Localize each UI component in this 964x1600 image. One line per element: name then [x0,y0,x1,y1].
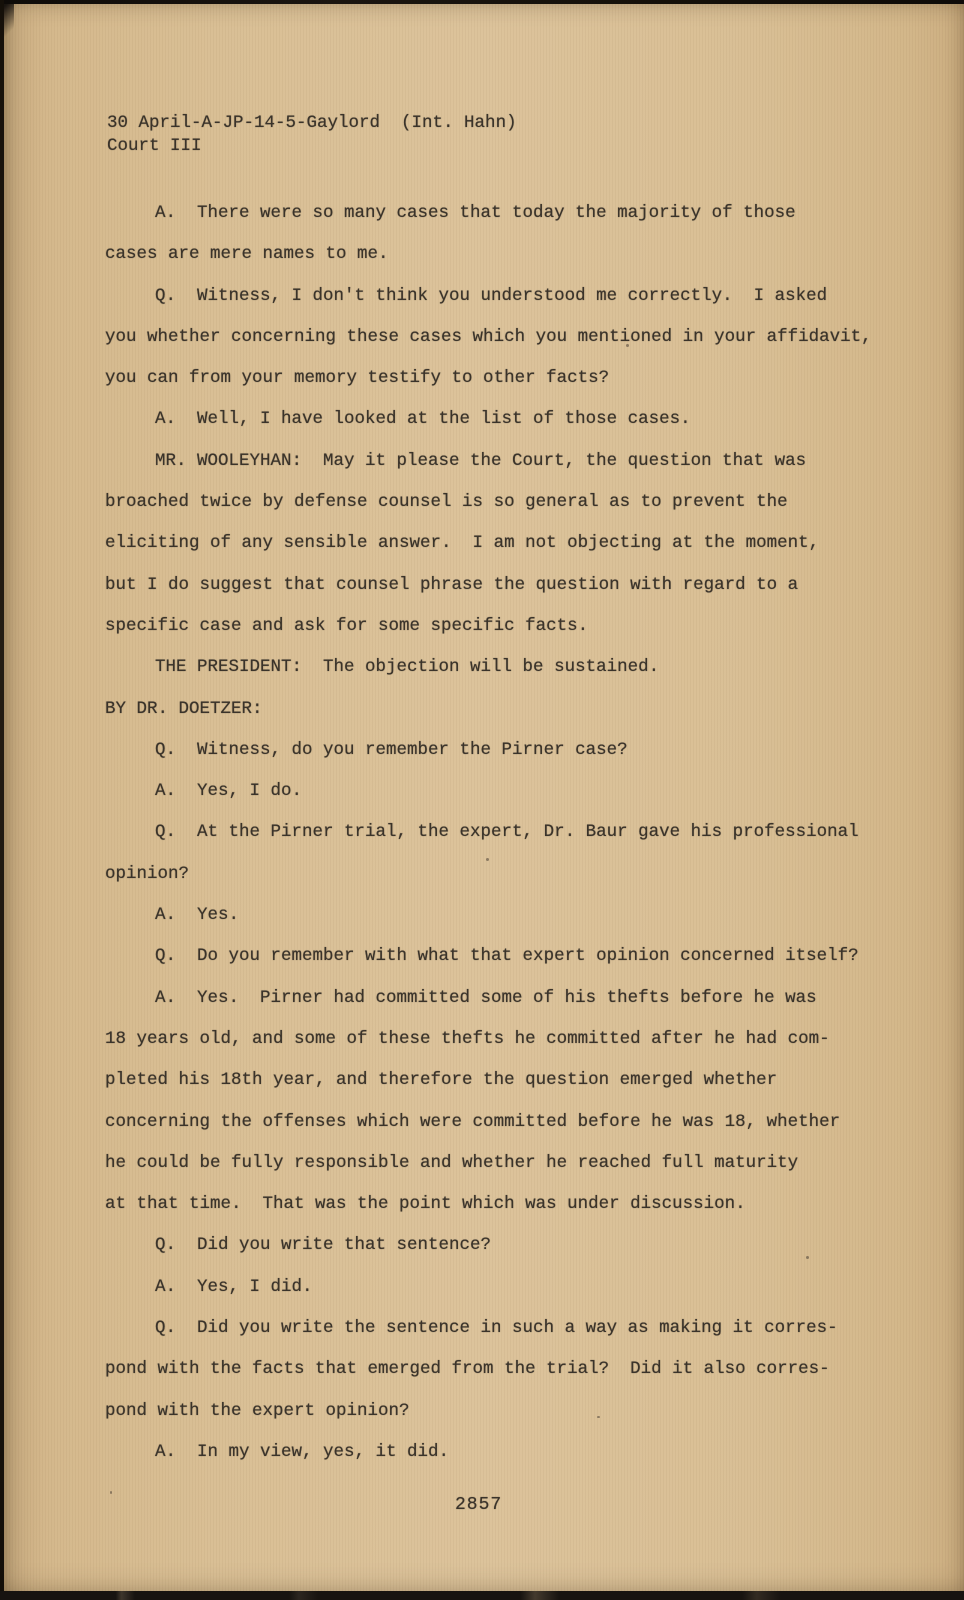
scan-speck [806,1256,809,1259]
transcript-line: opinion? [105,854,915,895]
transcript-line: at that time. That was the point which w… [105,1184,915,1225]
transcript-line: Q. At the Pirner trial, the expert, Dr. … [105,812,915,853]
transcript-line: pond with the expert opinion? [105,1391,915,1432]
page-edge-left [0,0,4,1600]
page-header: 30 April-A-JP-14-5-Gaylord (Int. Hahn)Co… [107,112,517,158]
page-edge-top [0,0,964,4]
scan-speck [597,1416,600,1418]
transcript-line: cases are mere names to me. [105,234,915,275]
transcript-line: Q. Do you remember with what that expert… [105,936,915,977]
transcript-line: pond with the facts that emerged from th… [105,1349,915,1390]
transcript-line: A. Well, I have looked at the list of th… [105,399,915,440]
transcript-line: concerning the offenses which were commi… [105,1102,915,1143]
transcript-line: Q. Witness, I don't think you understood… [105,276,915,317]
transcript-line: he could be fully responsible and whethe… [105,1143,915,1184]
scan-speck [626,344,629,347]
header-line-1: 30 April-A-JP-14-5-Gaylord (Int. Hahn) [107,112,517,135]
transcript-line: pleted his 18th year, and therefore the … [105,1060,915,1101]
scan-speck [110,1491,112,1494]
transcript-body: A. There were so many cases that today t… [105,193,915,1473]
transcript-line: broached twice by defense counsel is so … [105,482,915,523]
transcript-line: A. In my view, yes, it did. [105,1432,915,1473]
transcript-line: but I do suggest that counsel phrase the… [105,565,915,606]
transcript-line: you can from your memory testify to othe… [105,358,915,399]
header-line-2: Court III [107,135,517,158]
document-page: 30 April-A-JP-14-5-Gaylord (Int. Hahn)Co… [0,0,964,1600]
transcript-line: THE PRESIDENT: The objection will be sus… [105,647,915,688]
scan-speck [486,858,489,861]
transcript-line: you whether concerning these cases which… [105,317,915,358]
transcript-line: specific case and ask for some specific … [105,606,915,647]
page-edge-bottom [0,1591,964,1600]
transcript-line: 18 years old, and some of these thefts h… [105,1019,915,1060]
transcript-line: Q. Did you write the sentence in such a … [105,1308,915,1349]
transcript-line: A. There were so many cases that today t… [105,193,915,234]
transcript-line: MR. WOOLEYHAN: May it please the Court, … [105,441,915,482]
transcript-line: A. Yes. [105,895,915,936]
page-number: 2857 [455,1495,502,1515]
transcript-line: BY DR. DOETZER: [105,689,915,730]
transcript-line: Q. Did you write that sentence? [105,1225,915,1266]
transcript-line: eliciting of any sensible answer. I am n… [105,523,915,564]
transcript-line: A. Yes, I did. [105,1267,915,1308]
transcript-line: Q. Witness, do you remember the Pirner c… [105,730,915,771]
transcript-line: A. Yes, I do. [105,771,915,812]
transcript-line: A. Yes. Pirner had committed some of his… [105,978,915,1019]
